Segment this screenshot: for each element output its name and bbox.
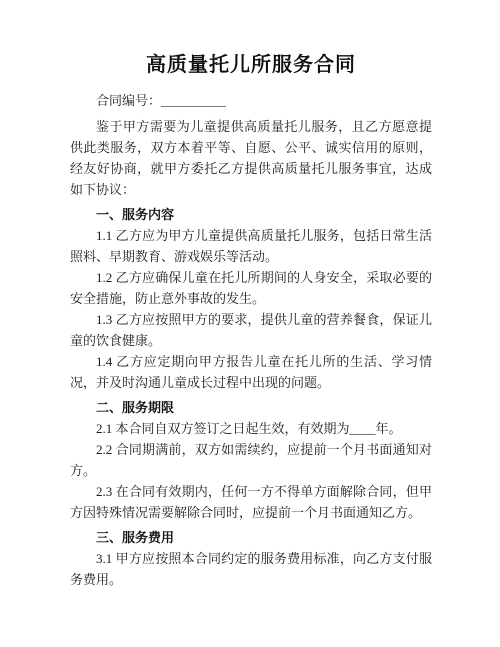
- contract-number-line: 合同编号：__________: [70, 90, 432, 111]
- clause-1-4: 1.4 乙方应定期向甲方报告儿童在托儿所的生活、学习情况，并及时沟通儿童成长过程…: [70, 351, 432, 393]
- contract-number-blank: __________: [161, 93, 226, 108]
- clause-2-3: 2.3 在合同有效期内，任何一方不得单方面解除合同，但甲方因特殊情况需要解除合同…: [70, 481, 432, 523]
- contract-title: 高质量托儿所服务合同: [70, 52, 432, 78]
- contract-body: 合同编号：__________ 鉴于甲方需要为儿童提供高质量托儿服务，且乙方愿意…: [70, 90, 432, 590]
- contract-document-page: 高质量托儿所服务合同 合同编号：__________ 鉴于甲方需要为儿童提供高质…: [0, 0, 500, 647]
- clause-1-2: 1.2 乙方应确保儿童在托儿所期间的人身安全，采取必要的安全措施，防止意外事故的…: [70, 267, 432, 309]
- section-heading-service-content: 一、服务内容: [70, 204, 432, 225]
- contract-number-label: 合同编号：: [96, 93, 161, 108]
- intro-paragraph: 鉴于甲方需要为儿童提供高质量托儿服务，且乙方愿意提供此类服务，双方本着平等、自愿…: [70, 116, 432, 200]
- clause-2-2: 2.2 合同期满前，双方如需续约，应提前一个月书面通知对方。: [70, 439, 432, 481]
- clause-1-3: 1.3 乙方应按照甲方的要求，提供儿童的营养餐食，保证儿童的饮食健康。: [70, 309, 432, 351]
- clause-1-1: 1.1 乙方应为甲方儿童提供高质量托儿服务，包括日常生活照料、早期教育、游戏娱乐…: [70, 225, 432, 267]
- section-heading-service-term: 二、服务期限: [70, 397, 432, 418]
- clause-3-1: 3.1 甲方应按照本合同约定的服务费用标准，向乙方支付服务费用。: [70, 548, 432, 590]
- clause-2-1: 2.1 本合同自双方签订之日起生效，有效期为____年。: [70, 418, 432, 439]
- section-heading-service-fee: 三、服务费用: [70, 527, 432, 548]
